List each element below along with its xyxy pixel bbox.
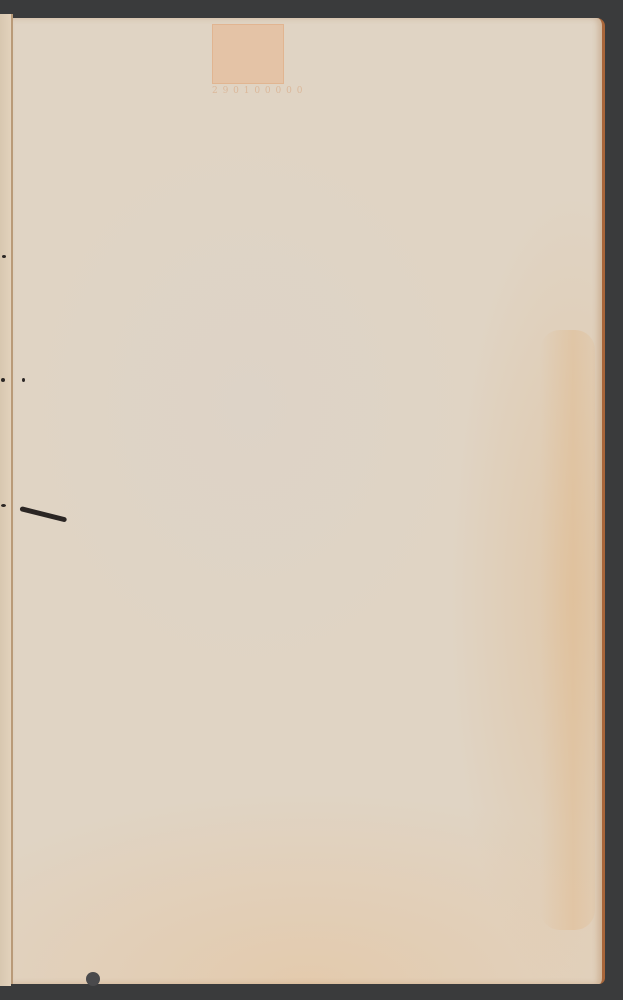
ink-mark xyxy=(1,378,5,382)
seal-caption: 2 9 0 1 0 0 0 0 0 xyxy=(212,86,284,96)
adjacent-page-edge xyxy=(0,14,11,986)
ink-mark xyxy=(1,504,6,507)
ink-blot xyxy=(86,972,100,986)
library-seal-stamp xyxy=(212,24,284,84)
ink-mark xyxy=(22,378,25,382)
blank-page xyxy=(13,18,605,984)
ink-mark xyxy=(2,255,6,258)
water-stain xyxy=(540,330,595,930)
